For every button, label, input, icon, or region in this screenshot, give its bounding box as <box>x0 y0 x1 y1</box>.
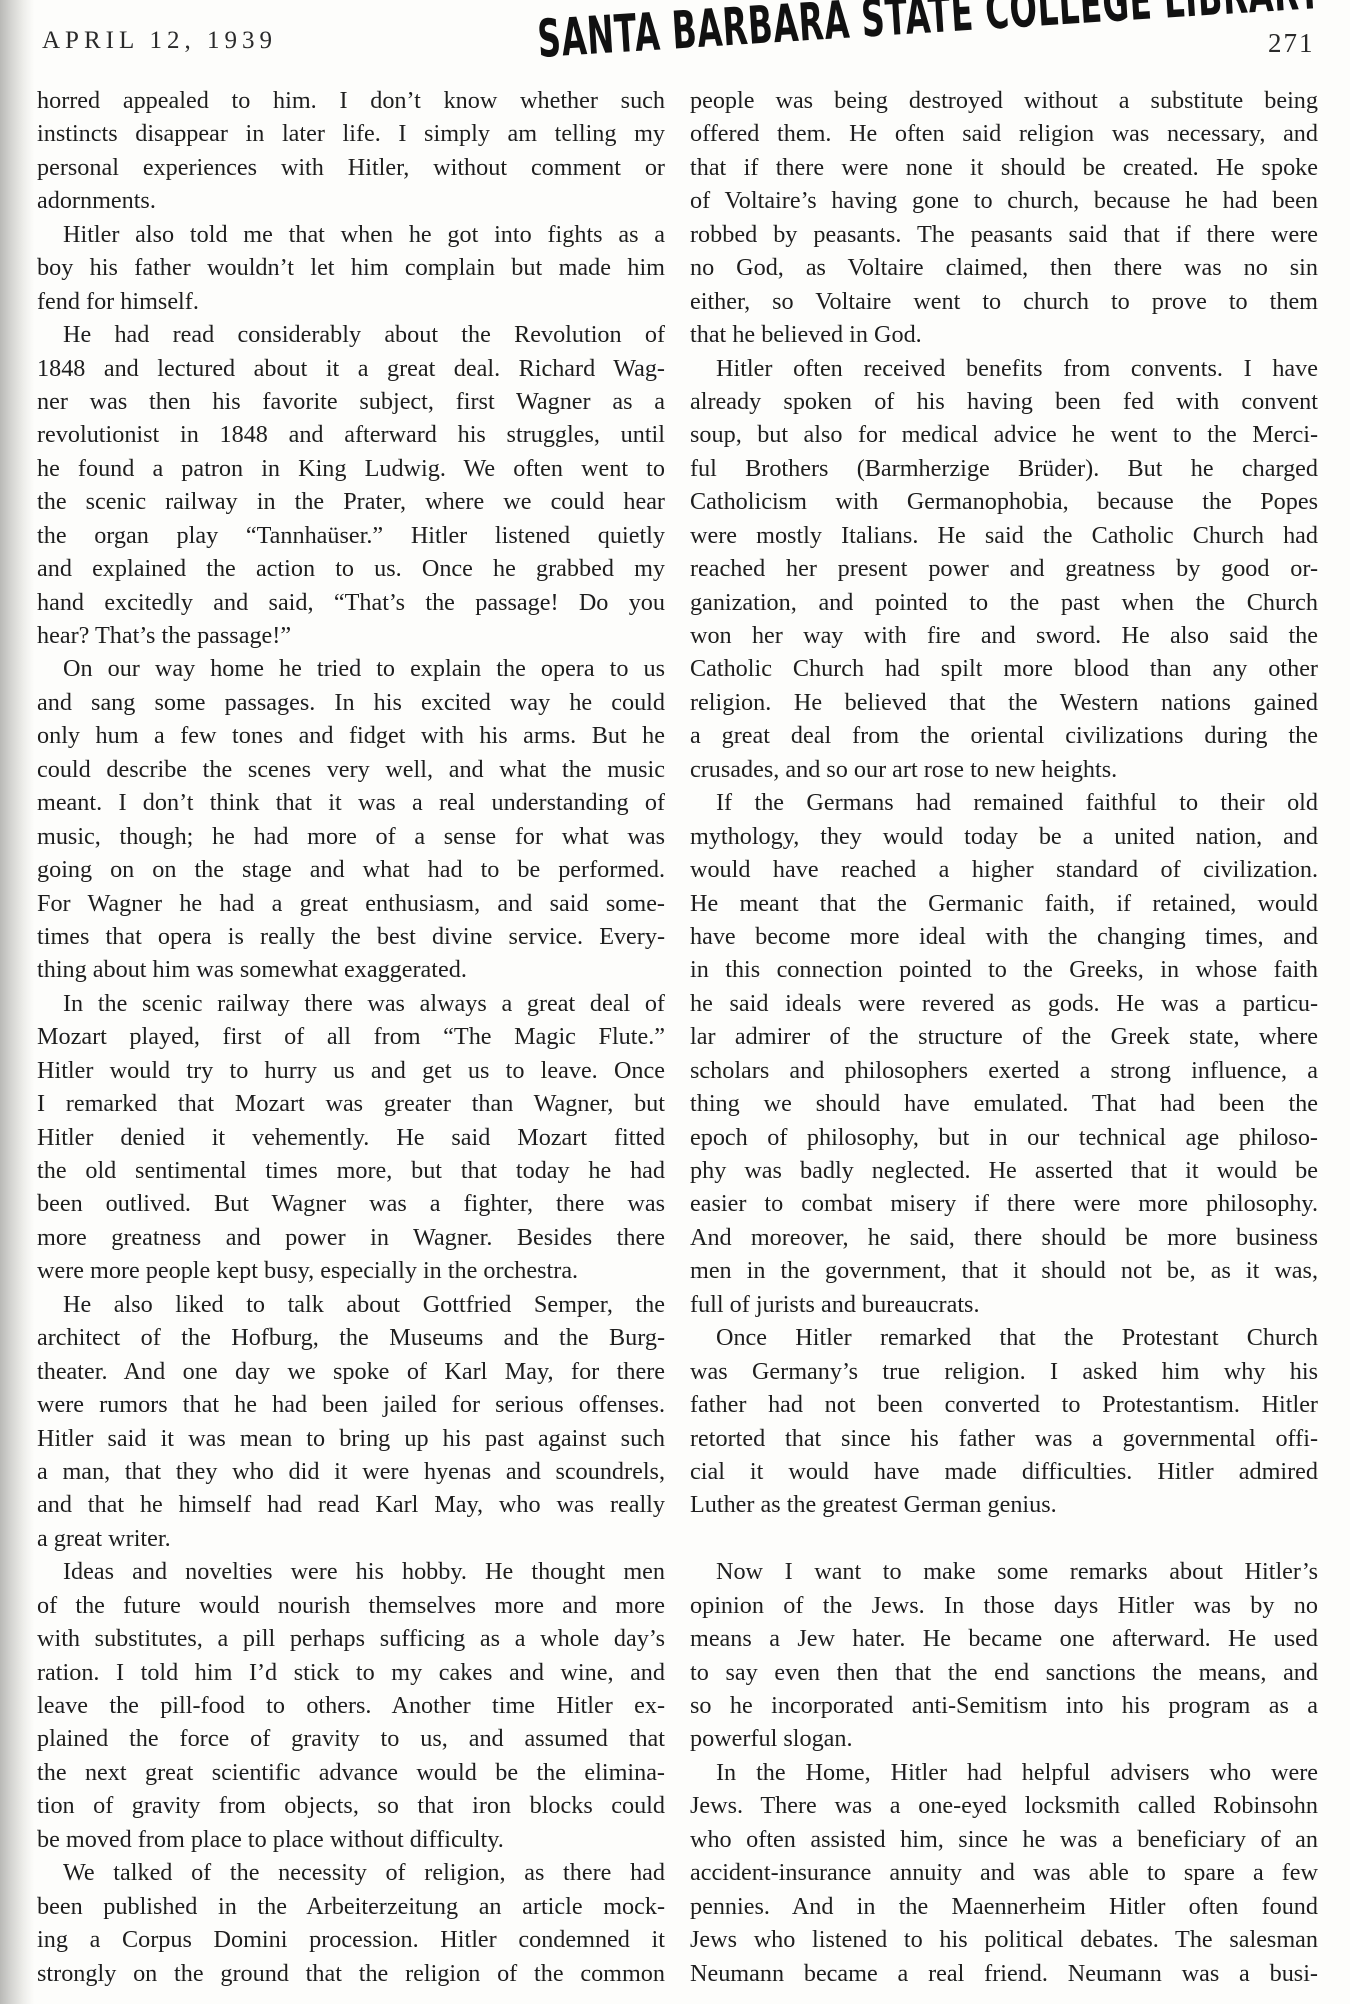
text-line: and that he himself had read Karl May, w… <box>37 1488 665 1521</box>
text-line: were rumors that he had been jailed for … <box>37 1388 665 1421</box>
text-line: On our way home he tried to explain the … <box>37 652 665 685</box>
text-line: plained the force of gravity to us, and … <box>37 1722 665 1755</box>
text-line: instincts disappear in later life. I sim… <box>37 117 665 150</box>
text-line: He also liked to talk about Gottfried Se… <box>37 1288 665 1321</box>
text-line: thing we should have emulated. That had … <box>690 1087 1318 1120</box>
text-line: with substitutes, a pill perhaps suffici… <box>37 1622 665 1655</box>
text-line: meant. I don’t think that it was a real … <box>37 786 665 819</box>
text-line: leave the pill-food to others. Another t… <box>37 1689 665 1722</box>
text-line: thing about him was somewhat exaggerated… <box>37 953 665 986</box>
text-line: For Wagner he had a great enthusiasm, an… <box>37 887 665 920</box>
text-line: father had not been converted to Protest… <box>690 1388 1318 1421</box>
text-line: going on on the stage and what had to be… <box>37 853 665 886</box>
text-line: would have reached a higher standard of … <box>690 853 1318 886</box>
text-line: the old sentimental times more, but that… <box>37 1154 665 1187</box>
text-line: ganization, and pointed to the past when… <box>690 586 1318 619</box>
text-line: ner was then his favorite subject, first… <box>37 385 665 418</box>
text-line: adornments. <box>37 184 665 217</box>
text-line: fend for himself. <box>37 285 665 318</box>
text-line: Hitler often received benefits from conv… <box>690 352 1318 385</box>
text-line: personal experiences with Hitler, withou… <box>37 151 665 184</box>
text-line: Jews who listened to his political debat… <box>690 1923 1318 1956</box>
text-line: robbed by peasants. The peasants said th… <box>690 218 1318 251</box>
text-line: scholars and philosophers exerted a stro… <box>690 1054 1318 1087</box>
text-line: retorted that since his father was a gov… <box>690 1422 1318 1455</box>
text-line: In the scenic railway there was always a… <box>37 987 665 1020</box>
text-line: either, so Voltaire went to church to pr… <box>690 285 1318 318</box>
text-line: ration. I told him I’d stick to my cakes… <box>37 1656 665 1689</box>
text-line: hear? That’s the passage!” <box>37 619 665 652</box>
text-line: he said ideals were revered as gods. He … <box>690 987 1318 1020</box>
text-line: mythology, they would today be a united … <box>690 820 1318 853</box>
text-line: to say even then that the end sanctions … <box>690 1656 1318 1689</box>
text-line: in this connection pointed to the Greeks… <box>690 953 1318 986</box>
section-break <box>690 1522 1318 1555</box>
text-line: He meant that the Germanic faith, if ret… <box>690 887 1318 920</box>
text-line: 1848 and lectured about it a great deal.… <box>37 352 665 385</box>
text-line: Once Hitler remarked that the Protestant… <box>690 1321 1318 1354</box>
text-line: soup, but also for medical advice he wen… <box>690 418 1318 451</box>
text-line: He had read considerably about the Revol… <box>37 318 665 351</box>
text-line: reached her present power and greatness … <box>690 552 1318 585</box>
text-line: means a Jew hater. He became one afterwa… <box>690 1622 1318 1655</box>
text-line: people was being destroyed without a sub… <box>690 84 1318 117</box>
text-line: epoch of philosophy, but in our technica… <box>690 1121 1318 1154</box>
text-line: In the Home, Hitler had helpful advisers… <box>690 1756 1318 1789</box>
text-line: of Voltaire’s having gone to church, bec… <box>690 184 1318 217</box>
text-line: have become more ideal with the changing… <box>690 920 1318 953</box>
text-line: been published in the Arbeiterzeitung an… <box>37 1890 665 1923</box>
text-line: was Germany’s true religion. I asked him… <box>690 1355 1318 1388</box>
text-line: Jews. There was a one-eyed locksmith cal… <box>690 1789 1318 1822</box>
text-line: times that opera is really the best divi… <box>37 920 665 953</box>
text-line: men in the government, that it should no… <box>690 1254 1318 1287</box>
text-line: easier to combat misery if there were mo… <box>690 1187 1318 1220</box>
text-line: won her way with fire and sword. He also… <box>690 619 1318 652</box>
text-line: so he incorporated anti-Semitism into hi… <box>690 1689 1318 1722</box>
text-line: I remarked that Mozart was greater than … <box>37 1087 665 1120</box>
text-line: music, though; he had more of a sense fo… <box>37 820 665 853</box>
text-line: and explained the action to us. Once he … <box>37 552 665 585</box>
text-line: Luther as the greatest German genius. <box>690 1488 1318 1521</box>
text-line: that if there were none it should be cre… <box>690 151 1318 184</box>
text-line: a great deal from the oriental civilizat… <box>690 719 1318 752</box>
page-number: 271 <box>1268 28 1315 59</box>
text-line: be moved from place to place without dif… <box>37 1823 665 1856</box>
text-line: Hitler would try to hurry us and get us … <box>37 1054 665 1087</box>
text-line: already spoken of his having been fed wi… <box>690 385 1318 418</box>
text-line: strongly on the ground that the religion… <box>37 1957 665 1990</box>
text-column-left: horred appealed to him. I don’t know whe… <box>37 84 665 1990</box>
text-line: were mostly Italians. He said the Cathol… <box>690 519 1318 552</box>
text-line: cial it would have made difficulties. Hi… <box>690 1455 1318 1488</box>
text-line: only hum a few tones and fidget with his… <box>37 719 665 752</box>
text-line: boy his father wouldn’t let him complain… <box>37 251 665 284</box>
text-line: lar admirer of the structure of the Gree… <box>690 1020 1318 1053</box>
text-column-right: people was being destroyed without a sub… <box>690 84 1318 1990</box>
text-line: were more people kept busy, especially i… <box>37 1254 665 1287</box>
text-line: crusades, and so our art rose to new hei… <box>690 753 1318 786</box>
scan-edge-shadow <box>0 0 34 2004</box>
text-line: If the Germans had remained faithful to … <box>690 786 1318 819</box>
text-line: who often assisted him, since he was a b… <box>690 1823 1318 1856</box>
text-line: Now I want to make some remarks about Hi… <box>690 1555 1318 1588</box>
library-stamp-text: SANTA BARBARA STATE COLLEGE LIBRARY <box>535 0 1323 76</box>
text-line: could describe the scenes very well, and… <box>37 753 665 786</box>
text-line: hand excitedly and said, “That’s the pas… <box>37 586 665 619</box>
running-header-date: APRIL 12, 1939 <box>42 27 277 55</box>
text-line: And moreover, he said, there should be m… <box>690 1221 1318 1254</box>
text-line: Hitler denied it vehemently. He said Moz… <box>37 1121 665 1154</box>
text-line: Catholicism with Germanophobia, because … <box>690 485 1318 518</box>
text-line: Hitler also told me that when he got int… <box>37 218 665 251</box>
text-line: Mozart played, first of all from “The Ma… <box>37 1020 665 1053</box>
text-line: phy was badly neglected. He asserted tha… <box>690 1154 1318 1187</box>
text-line: horred appealed to him. I don’t know whe… <box>37 84 665 117</box>
text-line: no God, as Voltaire claimed, then there … <box>690 251 1318 284</box>
text-line: We talked of the necessity of religion, … <box>37 1856 665 1889</box>
text-line: pennies. And in the Maennerheim Hitler o… <box>690 1890 1318 1923</box>
text-line: offered them. He often said religion was… <box>690 117 1318 150</box>
text-line: powerful slogan. <box>690 1722 1318 1755</box>
text-line: Hitler said it was mean to bring up his … <box>37 1422 665 1455</box>
text-line: opinion of the Jews. In those days Hitle… <box>690 1589 1318 1622</box>
text-line: of the future would nourish themselves m… <box>37 1589 665 1622</box>
text-line: ful Brothers (Barmherzige Brüder). But h… <box>690 452 1318 485</box>
text-line: been outlived. But Wagner was a fighter,… <box>37 1187 665 1220</box>
text-line: theater. And one day we spoke of Karl Ma… <box>37 1355 665 1388</box>
text-line: more greatness and power in Wagner. Besi… <box>37 1221 665 1254</box>
library-stamp: SANTA BARBARA STATE COLLEGE LIBRARY <box>535 0 1238 76</box>
text-line: accident-insurance annuity and was able … <box>690 1856 1318 1889</box>
text-line: religion. He believed that the Western n… <box>690 686 1318 719</box>
text-line: a great writer. <box>37 1522 665 1555</box>
text-line: a man, that they who did it were hyenas … <box>37 1455 665 1488</box>
text-line: architect of the Hofburg, the Museums an… <box>37 1321 665 1354</box>
text-line: the next great scientific advance would … <box>37 1756 665 1789</box>
text-line: the scenic railway in the Prater, where … <box>37 485 665 518</box>
text-line: full of jurists and bureaucrats. <box>690 1288 1318 1321</box>
text-line: Neumann became a real friend. Neumann wa… <box>690 1957 1318 1990</box>
text-line: Ideas and novelties were his hobby. He t… <box>37 1555 665 1588</box>
text-line: that he believed in God. <box>690 318 1318 351</box>
text-line: revolutionist in 1848 and afterward his … <box>37 418 665 451</box>
text-line: ing a Corpus Domini procession. Hitler c… <box>37 1923 665 1956</box>
text-line: the organ play “Tannhaüser.” Hitler list… <box>37 519 665 552</box>
text-line: tion of gravity from objects, so that ir… <box>37 1789 665 1822</box>
text-line: he found a patron in King Ludwig. We oft… <box>37 452 665 485</box>
text-line: Catholic Church had spilt more blood tha… <box>690 652 1318 685</box>
text-line: and sang some passages. In his excited w… <box>37 686 665 719</box>
